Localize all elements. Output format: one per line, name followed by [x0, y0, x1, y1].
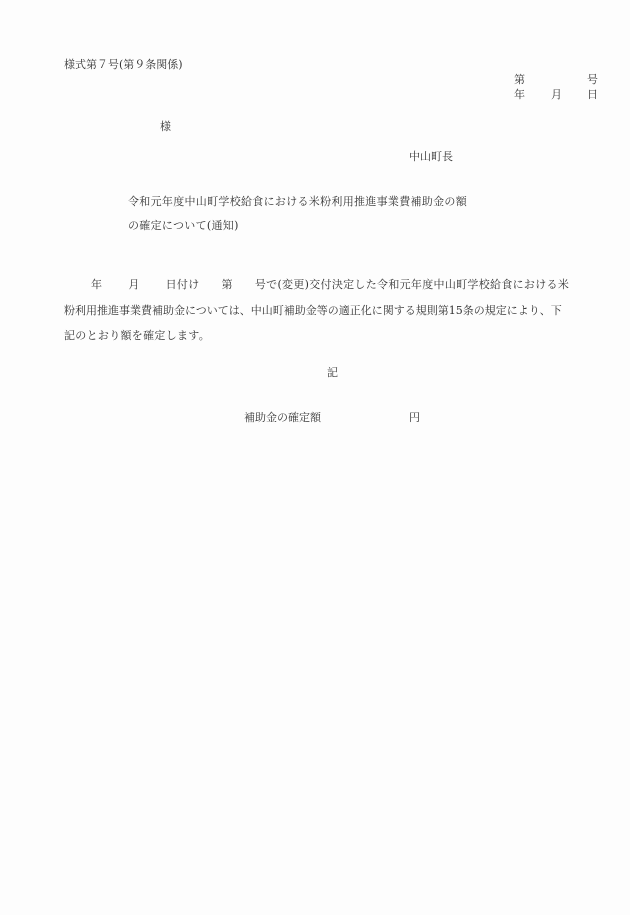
- number-suffix: 号: [587, 73, 598, 87]
- addressee-suffix: 様: [160, 120, 171, 134]
- amount-unit: 円: [409, 411, 420, 425]
- body-line-3: 記のとおり額を確定します。: [64, 323, 604, 349]
- body-line-1-text: 号で(変更)交付決定した令和元年度中山町学校給食における米: [255, 278, 569, 291]
- sender-name: 中山町長: [409, 150, 453, 164]
- body-paragraph: 年月日付け第号で(変更)交付決定した令和元年度中山町学校給食における米 粉利用推…: [64, 272, 604, 349]
- amount-label: 補助金の確定額: [244, 411, 321, 425]
- body-month: 月: [128, 278, 139, 291]
- subject-line-2: の確定について(通知): [128, 219, 239, 233]
- body-line-2: 粉利用推進事業費補助金については、中山町補助金等の適正化に関する規則第15条の規…: [64, 298, 604, 324]
- date-day: 日: [587, 88, 598, 102]
- ki-heading: 記: [327, 366, 338, 380]
- body-line-1: 年月日付け第号で(変更)交付決定した令和元年度中山町学校給食における米: [64, 272, 604, 298]
- date-year: 年: [514, 88, 525, 102]
- date-month: 月: [551, 88, 562, 102]
- body-number-prefix: 第: [222, 278, 233, 291]
- body-date-suffix: 日付け: [166, 278, 200, 291]
- number-prefix: 第: [514, 73, 525, 87]
- form-label: 様式第７号(第９条関係): [64, 58, 183, 72]
- subject-line-1: 令和元年度中山町学校給食における米粉利用推進事業費補助金の額: [128, 195, 467, 209]
- body-year: 年: [91, 278, 102, 291]
